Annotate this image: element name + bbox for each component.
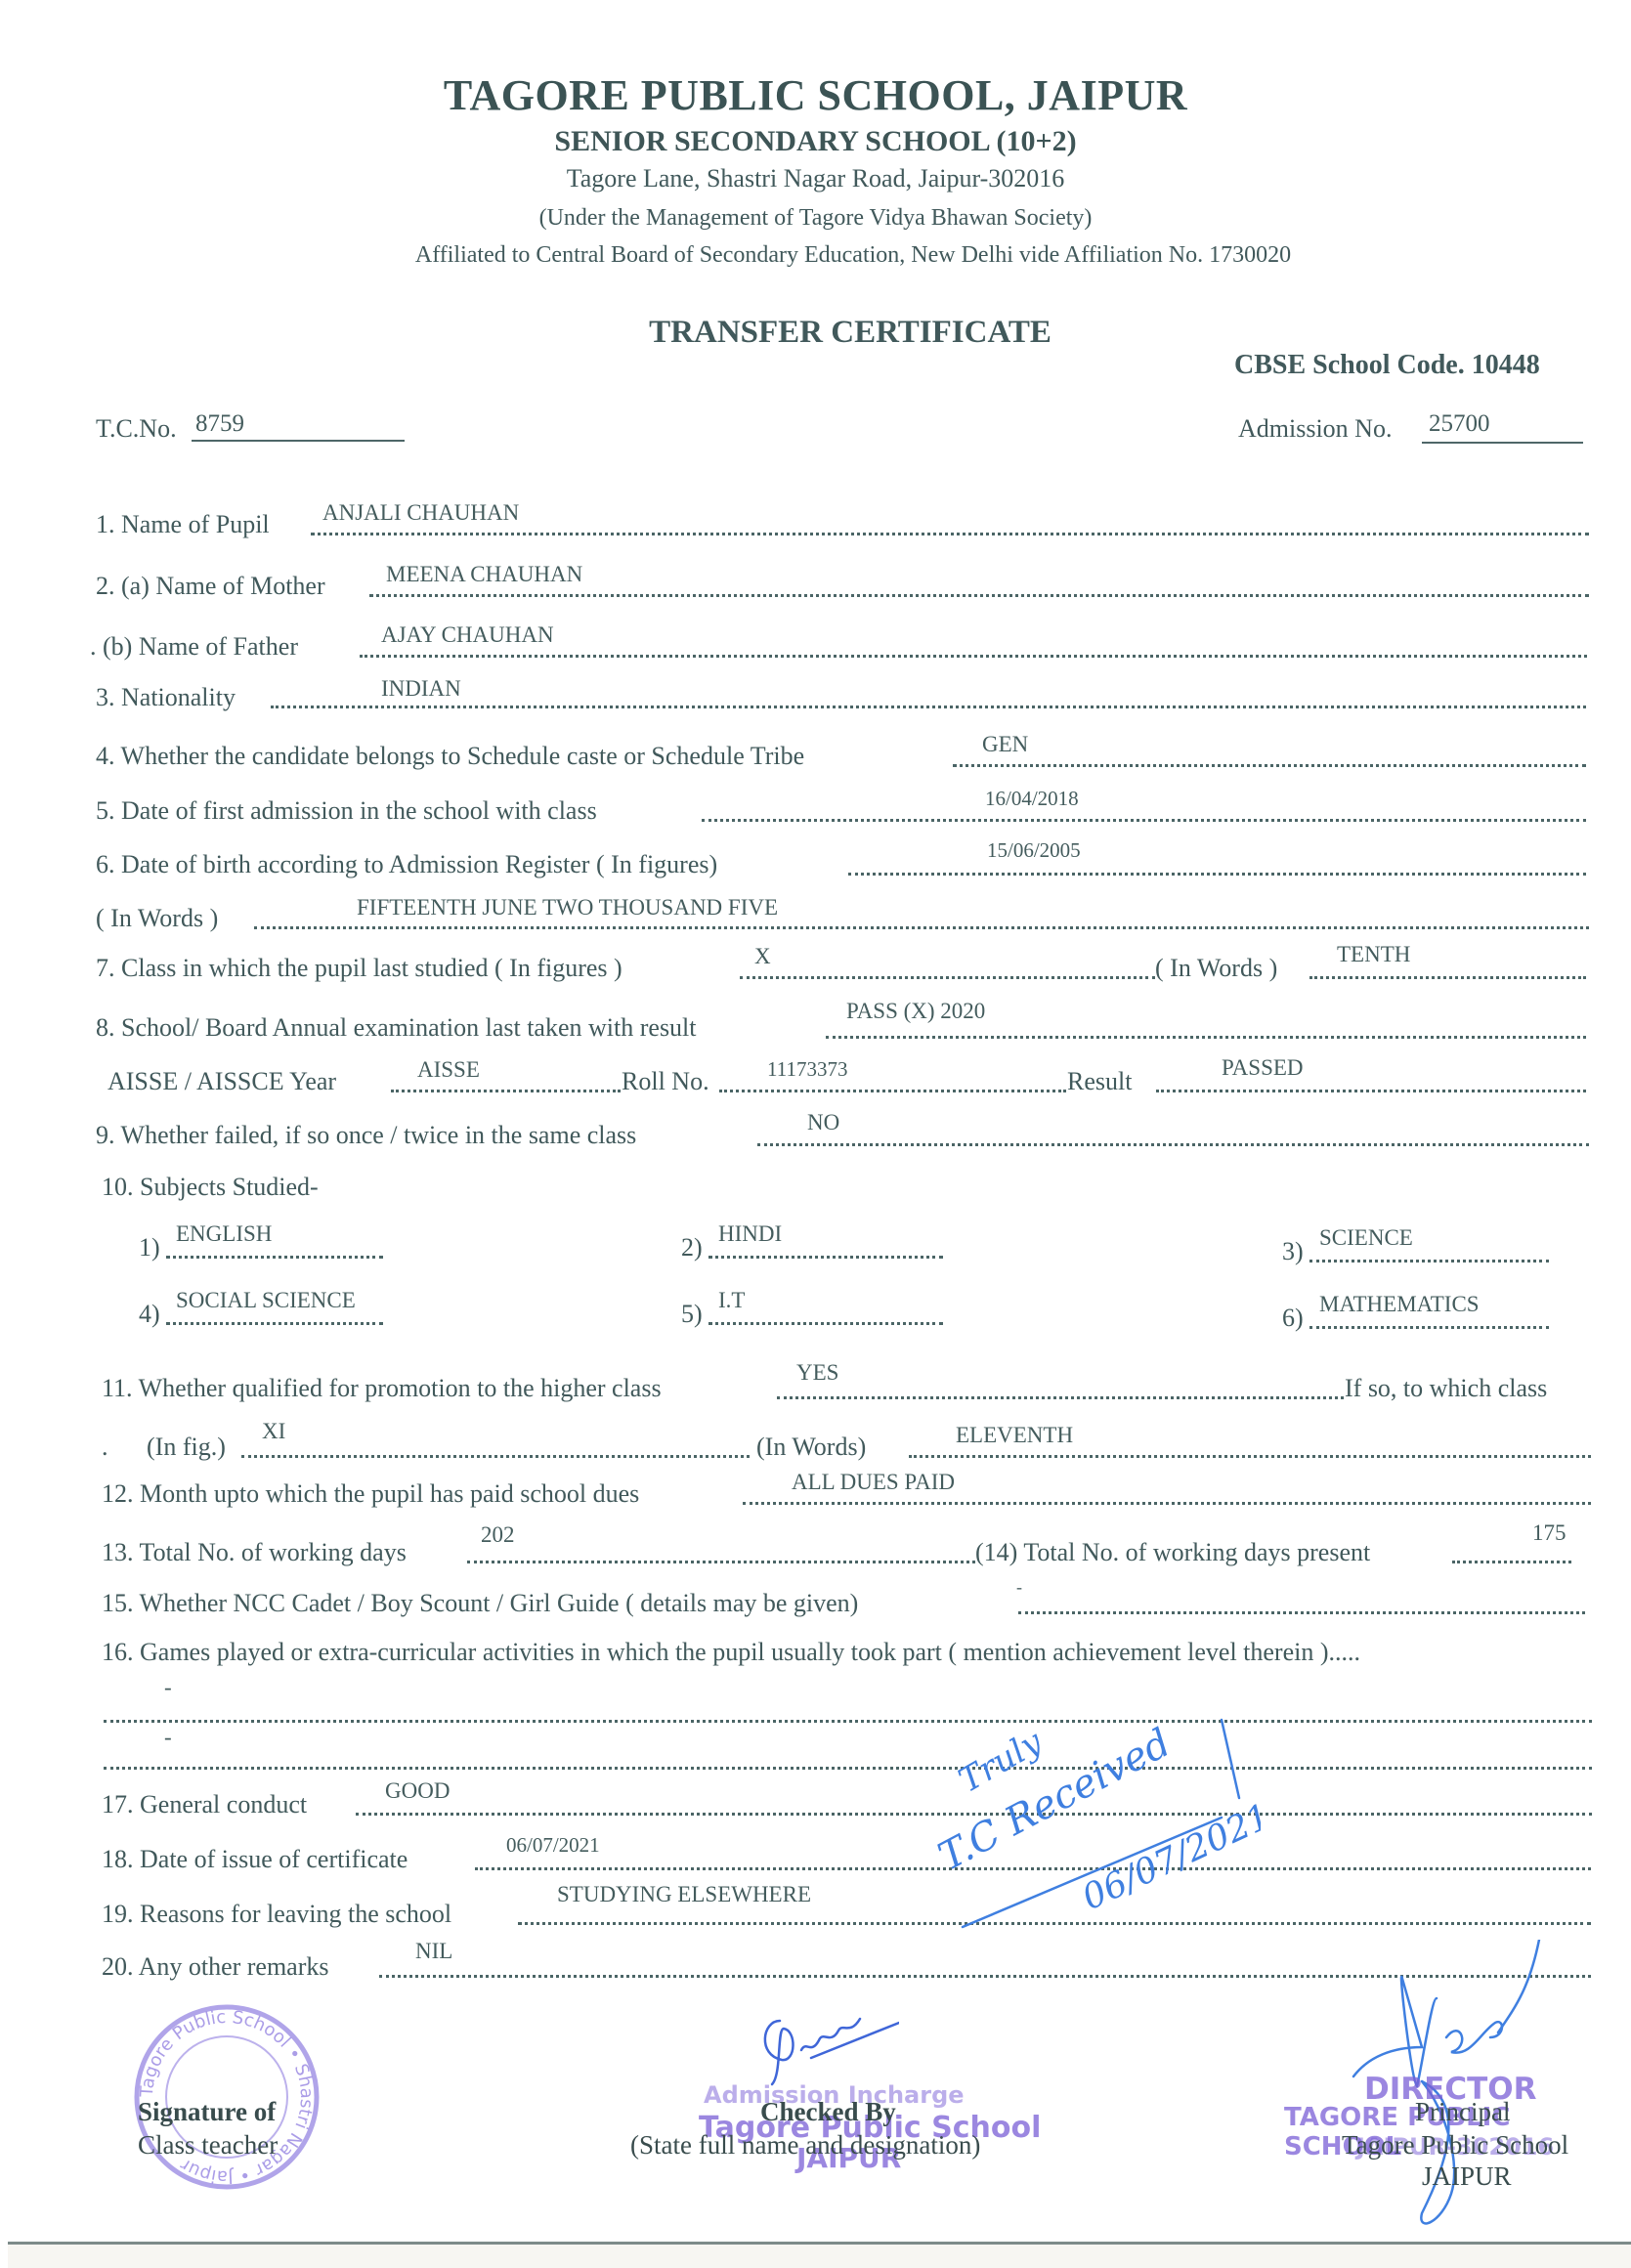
- field-17-value: GOOD: [385, 1778, 450, 1804]
- field-2b-value: AJAY CHAUHAN: [381, 622, 554, 648]
- checked-by-label: Checked By: [760, 2097, 896, 2127]
- field-7-dotted-line: [740, 976, 1155, 979]
- field-8-label: 8. School/ Board Annual examination last…: [96, 1013, 697, 1043]
- field-11-label: 11. Whether qualified for promotion to t…: [102, 1374, 662, 1403]
- field-6-words-dotted-line: [254, 926, 1589, 929]
- subject-dotted-line: [1309, 1260, 1549, 1262]
- field-11-words-value: ELEVENTH: [956, 1423, 1073, 1448]
- subject-name: ENGLISH: [176, 1221, 272, 1247]
- subject-name: SCIENCE: [1319, 1225, 1413, 1251]
- tc-no-underline: [192, 440, 405, 442]
- field-18-value: 06/07/2021: [506, 1833, 600, 1858]
- field-8-year-dotted-line: [391, 1090, 621, 1092]
- field-4-dotted-line: [953, 764, 1586, 767]
- field-11-suffix: If so, to which class: [1345, 1374, 1547, 1403]
- field-20-value: NIL: [415, 1939, 452, 1964]
- subject-name: I.T: [718, 1288, 745, 1313]
- field-2a-value: MEENA CHAUHAN: [386, 562, 582, 587]
- field-9-value: NO: [807, 1110, 839, 1135]
- field-11-dotted-line: [777, 1396, 1344, 1399]
- field-16-label: 16. Games played or extra-curricular act…: [102, 1638, 1360, 1667]
- subject-number: 3): [1282, 1237, 1304, 1266]
- tc-no-label: T.C.No.: [96, 414, 177, 444]
- field-2a-dotted-line: [369, 594, 1589, 597]
- field-9-dotted-line: [757, 1143, 1589, 1146]
- field-5-label: 5. Date of first admission in the school…: [96, 796, 597, 826]
- field-8-value: PASS (X) 2020: [846, 999, 985, 1024]
- field-15-dotted-line: [1018, 1611, 1585, 1614]
- field-12-value: ALL DUES PAID: [792, 1470, 955, 1495]
- field-1-dotted-line: [311, 533, 1589, 535]
- field-7-words-value: TENTH: [1337, 942, 1410, 967]
- field-15-value: -: [1016, 1577, 1022, 1598]
- field-19-label: 19. Reasons for leaving the school: [102, 1900, 451, 1929]
- cbse-school-code: CBSE School Code. 10448: [1234, 350, 1540, 381]
- field-6-words-label: ( In Words ): [96, 904, 218, 933]
- certificate-title: TRANSFER CERTIFICATE: [0, 315, 1631, 351]
- field-6-value: 15/06/2005: [987, 838, 1081, 863]
- field-2b-label: . (b) Name of Father: [90, 632, 298, 662]
- field-2b-dotted-line: [360, 655, 1587, 658]
- field-7-words-label: ( In Words ): [1155, 954, 1277, 983]
- field-1-label: 1. Name of Pupil: [96, 510, 270, 539]
- handwriting-icon: Truly T.C Received 06/07/2021: [928, 1700, 1261, 1935]
- field-8-result-value: PASSED: [1222, 1055, 1304, 1081]
- field-3-label: 3. Nationality: [96, 683, 236, 712]
- field-13-label: 13. Total No. of working days: [102, 1538, 407, 1567]
- field-1-value: ANJALI CHAUHAN: [322, 500, 519, 526]
- checked-by-signature: [752, 2001, 899, 2089]
- field-10-label: 10. Subjects Studied-: [102, 1173, 319, 1202]
- subject-dotted-line: [166, 1322, 383, 1325]
- subject-dotted-line: [1309, 1326, 1549, 1329]
- field-6-dotted-line: [848, 873, 1586, 876]
- tc-no-value: 8759: [195, 410, 244, 438]
- field-11-words-dotted-line: [909, 1455, 1591, 1458]
- field-8-year-label: AISSE / AISSCE Year: [107, 1067, 336, 1096]
- field-4-value: GEN: [982, 732, 1028, 757]
- field-8-year-value: AISSE: [417, 1057, 480, 1083]
- field-5-value: 16/04/2018: [985, 787, 1079, 811]
- field-11-prefix: .: [102, 1433, 108, 1462]
- subject-number: 1): [139, 1233, 160, 1262]
- subject-name: HINDI: [718, 1221, 782, 1247]
- field-16-value-1: -: [164, 1675, 172, 1700]
- school-management: (Under the Management of Tagore Vidya Bh…: [0, 205, 1631, 232]
- field-16-dotted-line-2: [104, 1767, 1592, 1770]
- school-address: Tagore Lane, Shastri Nagar Road, Jaipur-…: [0, 164, 1631, 193]
- field-7-words-dotted-line: [1309, 976, 1586, 979]
- field-14-label: (14) Total No. of working days present: [975, 1538, 1370, 1567]
- field-16-dotted-line-1: [104, 1720, 1592, 1723]
- field-7-label: 7. Class in which the pupil last studied…: [96, 954, 622, 983]
- field-11-fig-dotted-line: [241, 1455, 750, 1458]
- field-3-value: INDIAN: [381, 676, 461, 702]
- field-11-words-label: (In Words): [756, 1433, 866, 1462]
- field-6-label: 6. Date of birth according to Admission …: [96, 850, 717, 879]
- field-6-words-value: FIFTEENTH JUNE TWO THOUSAND FIVE: [357, 895, 778, 920]
- subject-dotted-line: [708, 1322, 943, 1325]
- principal-school-label: Tagore Public School: [1342, 2130, 1568, 2161]
- admission-no-value: 25700: [1429, 410, 1490, 438]
- subject-name: SOCIAL SCIENCE: [176, 1288, 356, 1313]
- field-18-label: 18. Date of issue of certificate: [102, 1845, 408, 1874]
- class-teacher-signature-label: Signature of: [138, 2097, 276, 2127]
- subject-number: 6): [1282, 1304, 1304, 1333]
- principal-city-label: JAIPUR: [1422, 2161, 1512, 2192]
- admission-no-underline: [1422, 442, 1583, 444]
- field-3-dotted-line: [271, 706, 1586, 708]
- admission-no-label: Admission No.: [1238, 414, 1392, 444]
- checked-by-instructions: (State full name and designation): [630, 2130, 980, 2161]
- subject-dotted-line: [166, 1256, 383, 1259]
- field-8-dotted-line: [826, 1036, 1586, 1039]
- field-9-label: 9. Whether failed, if so once / twice in…: [96, 1121, 636, 1150]
- field-8-roll-value: 11173373: [767, 1057, 847, 1082]
- signature-icon: [752, 2001, 899, 2089]
- field-15-label: 15. Whether NCC Cadet / Boy Scount / Gir…: [102, 1589, 858, 1618]
- field-13-dotted-line: [467, 1561, 975, 1563]
- field-7-value: X: [754, 944, 771, 969]
- subject-name: MATHEMATICS: [1319, 1292, 1480, 1317]
- handwritten-tc-received-note: Truly T.C Received 06/07/2021: [928, 1700, 1261, 1935]
- field-20-label: 20. Any other remarks: [102, 1952, 329, 1982]
- field-8-roll-label: Roll No.: [622, 1067, 709, 1096]
- field-2a-label: 2. (a) Name of Mother: [96, 572, 325, 601]
- school-name: TAGORE PUBLIC SCHOOL, JAIPUR: [0, 70, 1631, 120]
- svg-text:06/07/2021: 06/07/2021: [1076, 1796, 1261, 1918]
- field-8-result-dotted-line: [1156, 1090, 1586, 1092]
- subject-number: 4): [139, 1300, 160, 1329]
- subject-number: 2): [681, 1233, 703, 1262]
- field-14-value: 175: [1532, 1520, 1567, 1546]
- field-8-roll-dotted-line: [719, 1090, 1066, 1092]
- subject-dotted-line: [708, 1256, 943, 1259]
- field-13-value: 202: [481, 1522, 515, 1548]
- page-bottom-edge: [8, 2242, 1631, 2268]
- class-teacher-label: Class teacher: [138, 2130, 278, 2161]
- field-5-dotted-line: [702, 819, 1586, 822]
- field-19-value: STUDYING ELSEWHERE: [557, 1882, 811, 1907]
- field-14-dotted-line: [1452, 1561, 1571, 1563]
- principal-label: Principal: [1415, 2097, 1510, 2127]
- field-11-fig-label: (In fig.): [147, 1433, 226, 1462]
- field-17-label: 17. General conduct: [102, 1790, 307, 1819]
- field-16-value-2: -: [164, 1725, 172, 1750]
- school-affiliation: Affiliated to Central Board of Secondary…: [0, 242, 1631, 269]
- field-11-value: YES: [796, 1360, 838, 1386]
- subject-number: 5): [681, 1300, 703, 1329]
- field-11-fig-value: XI: [262, 1419, 285, 1444]
- field-4-label: 4. Whether the candidate belongs to Sche…: [96, 742, 804, 771]
- school-type: SENIOR SECONDARY SCHOOL (10+2): [0, 125, 1631, 158]
- field-8-result-label: Result: [1067, 1067, 1132, 1096]
- field-12-dotted-line: [743, 1502, 1591, 1505]
- field-12-label: 12. Month upto which the pupil has paid …: [102, 1479, 639, 1509]
